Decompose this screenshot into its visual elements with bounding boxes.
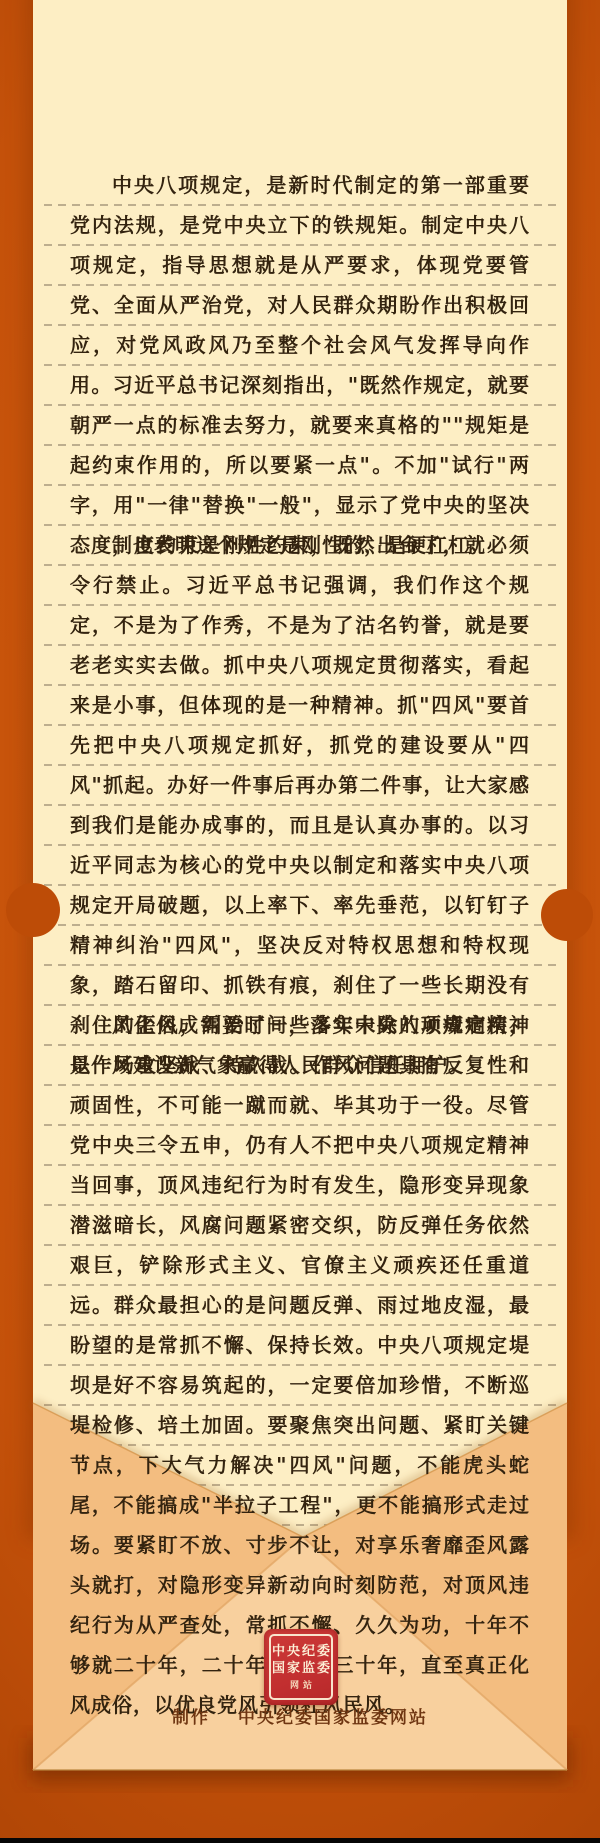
seal-line-3: 网站 — [286, 1680, 316, 1692]
paragraph-2: 制度约束是刚性约束，既然出台了，就必须令行禁止。习近平总书记强调，我们作这个规定… — [70, 525, 530, 1085]
left-notch — [6, 883, 60, 937]
producer-label: 制作 — [172, 1703, 210, 1728]
production-credit: 制作 中央纪委国家监委网站 — [0, 1703, 600, 1728]
agency-seal: 中央纪委 国家监委 网站 — [264, 1629, 338, 1705]
paragraph-3: 风化俗成需要时间，落实中央八项规定精神是一场攻坚战、持久战。作风问题具有反复性和… — [70, 1005, 530, 1725]
paragraph-1: 中央八项规定，是新时代制定的第一部重要党内法规，是党中央立下的铁规矩。制定中央八… — [70, 165, 530, 565]
right-notch — [541, 889, 593, 941]
poster-canvas: 中央八项规定，是新时代制定的第一部重要党内法规，是党中央立下的铁规矩。制定中央八… — [0, 0, 600, 1843]
bottom-border-bar — [0, 1838, 600, 1843]
producer-name: 中央纪委国家监委网站 — [238, 1703, 428, 1728]
seal-line-1: 中央纪委 — [270, 1643, 332, 1660]
seal-line-2: 国家监委 — [270, 1660, 332, 1677]
